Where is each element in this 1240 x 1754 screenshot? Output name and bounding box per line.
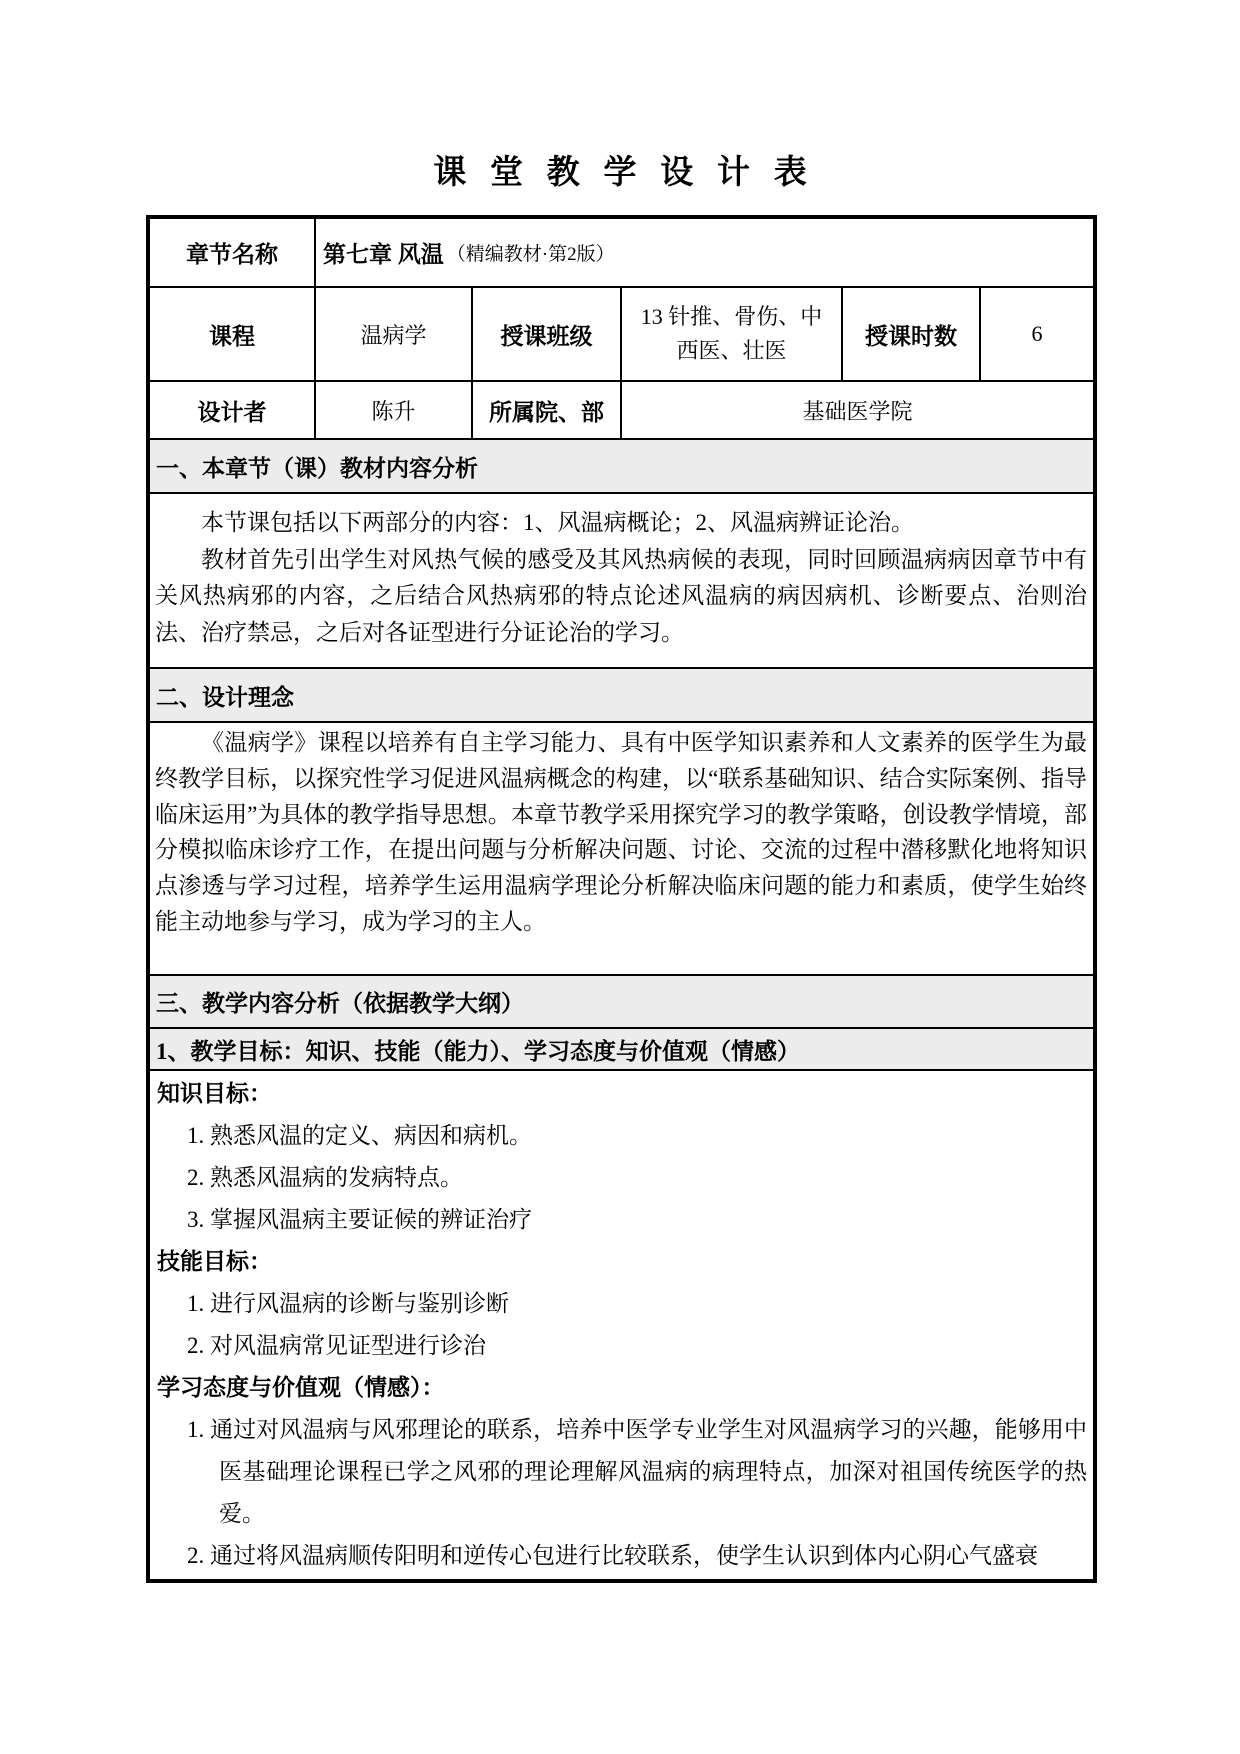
page-title-text: 课堂教学设计表 bbox=[433, 155, 830, 191]
page-title: 课堂教学设计表 bbox=[0, 0, 1240, 196]
knowledge-goal-item: 2. 熟悉风温病的发病特点。 bbox=[155, 1157, 1087, 1199]
subsection-heading-teaching-goals: 1、教学目标：知识、技能（能力）、学习态度与价值观（情感） bbox=[150, 1029, 1093, 1071]
section-heading-design-concept: 二、设计理念 bbox=[150, 669, 1093, 723]
section-body-content-analysis: 本节课包括以下两部分的内容：1、风温病概论；2、风温病辨证论治。 教材首先引出学… bbox=[150, 494, 1093, 669]
section-body-design-concept: 《温病学》课程以培养有自主学习能力、具有中医学知识素养和人文素养的医学生为最终教… bbox=[150, 723, 1093, 976]
section-heading-content-analysis: 一、本章节（课）教材内容分析 bbox=[150, 440, 1093, 494]
chapter-edition-note: （精编教材·第2版） bbox=[447, 239, 615, 266]
section-body-teaching-goals: 知识目标： 1. 熟悉风温的定义、病因和病机。 2. 熟悉风温病的发病特点。 3… bbox=[150, 1071, 1093, 1579]
class-label: 授课班级 bbox=[473, 288, 622, 380]
chapter-name-value: 第七章 风温 （精编教材·第2版） bbox=[316, 219, 1093, 286]
hours-label: 授课时数 bbox=[843, 288, 981, 380]
skill-goal-item: 2. 对风温病常见证型进行诊治 bbox=[155, 1325, 1087, 1367]
knowledge-goal-item: 1. 熟悉风温的定义、病因和病机。 bbox=[155, 1115, 1087, 1157]
section-heading-teaching-content: 三、教学内容分析（依据教学大纲） bbox=[150, 976, 1093, 1029]
class-value: 13 针推、骨伤、中西医、壮医 bbox=[622, 288, 843, 380]
department-value: 基础医学院 bbox=[622, 382, 1093, 438]
hours-value: 6 bbox=[981, 288, 1093, 380]
design-concept-paragraph: 《温病学》课程以培养有自主学习能力、具有中医学知识素养和人文素养的医学生为最终教… bbox=[155, 725, 1087, 940]
table-row-designer: 设计者 陈升 所属院、部 基础医学院 bbox=[150, 382, 1093, 440]
designer-label: 设计者 bbox=[150, 382, 316, 438]
skill-goal-item: 1. 进行风温病的诊断与鉴别诊断 bbox=[155, 1283, 1087, 1325]
attitude-goal-item: 1. 通过对风温病与风邪理论的联系，培养中医学专业学生对风温病学习的兴趣，能够用… bbox=[155, 1409, 1087, 1535]
document-page: 课堂教学设计表 章节名称 第七章 风温 （精编教材·第2版） 课程 温病学 授课… bbox=[0, 0, 1240, 1754]
attitude-goal-item: 2. 通过将风温病顺传阳明和逆传心包进行比较联系，使学生认识到体内心阴心气盛衰 bbox=[155, 1535, 1087, 1577]
content-analysis-paragraph-1: 本节课包括以下两部分的内容：1、风温病概论；2、风温病辨证论治。 bbox=[155, 505, 1087, 542]
knowledge-goals-label: 知识目标： bbox=[155, 1073, 1087, 1115]
knowledge-goal-item: 3. 掌握风温病主要证候的辨证治疗 bbox=[155, 1199, 1087, 1241]
department-label: 所属院、部 bbox=[473, 382, 622, 438]
content-analysis-paragraph-2: 教材首先引出学生对风热气候的感受及其风热病候的表现，同时回顾温病病因章节中有关风… bbox=[155, 542, 1087, 652]
chapter-title-text: 第七章 风温 bbox=[323, 236, 444, 269]
table-row-course: 课程 温病学 授课班级 13 针推、骨伤、中西医、壮医 授课时数 6 bbox=[150, 288, 1093, 382]
designer-value: 陈升 bbox=[316, 382, 473, 438]
chapter-name-label: 章节名称 bbox=[150, 219, 316, 286]
course-value: 温病学 bbox=[316, 288, 473, 380]
table-row-chapter: 章节名称 第七章 风温 （精编教材·第2版） bbox=[150, 219, 1093, 288]
course-label: 课程 bbox=[150, 288, 316, 380]
teaching-design-table: 章节名称 第七章 风温 （精编教材·第2版） 课程 温病学 授课班级 13 针推… bbox=[146, 215, 1097, 1583]
attitude-goals-label: 学习态度与价值观（情感）： bbox=[155, 1367, 1087, 1409]
skill-goals-label: 技能目标： bbox=[155, 1241, 1087, 1283]
